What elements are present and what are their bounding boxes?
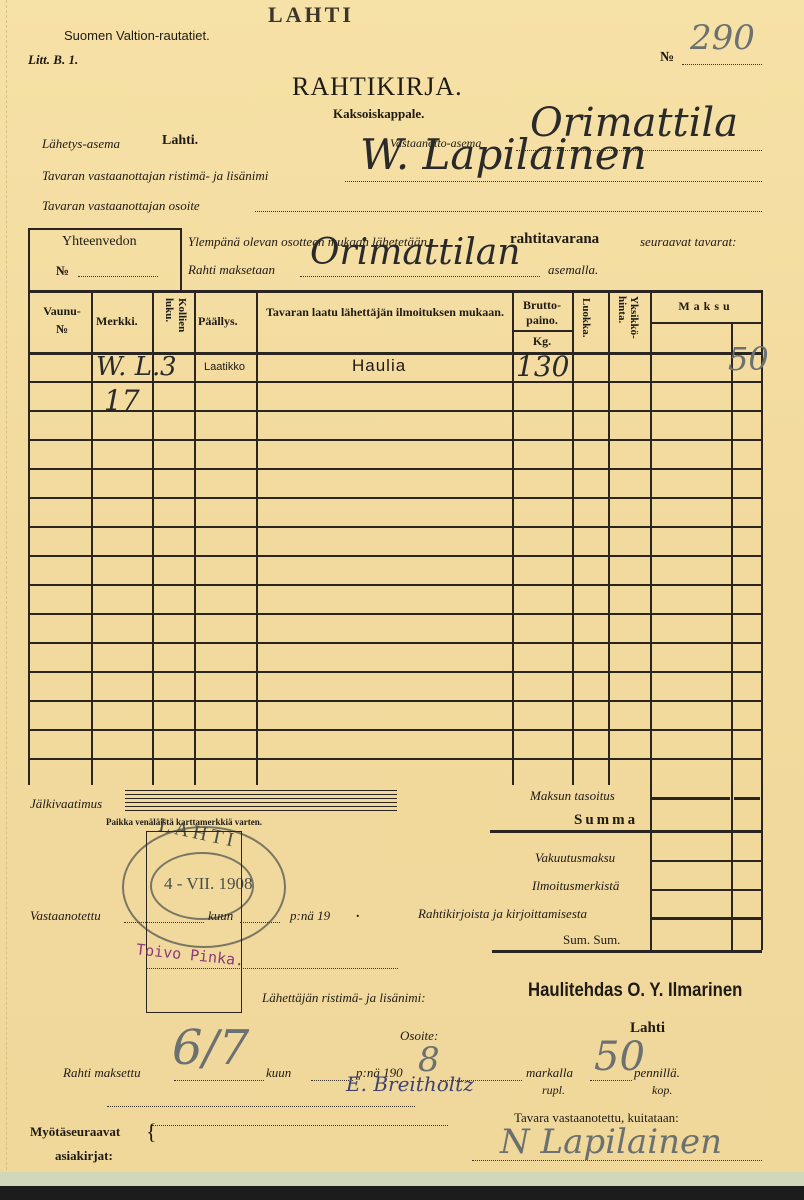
table-row-line xyxy=(28,526,762,528)
penni-line xyxy=(590,1080,632,1081)
cell-mark[interactable]: W. L. xyxy=(96,352,160,382)
freight-paid-at-label: Rahti maksetaan xyxy=(188,262,275,278)
notice-line xyxy=(652,889,761,891)
table-row-line xyxy=(28,671,762,673)
sender-name-label: Lähettäjän ristimä- ja lisänimi: xyxy=(262,990,426,1006)
recipient-address-line[interactable] xyxy=(255,211,762,212)
shipment-type: rahtitavarana xyxy=(510,231,599,248)
col-header-count: Kollien luku. xyxy=(158,298,188,350)
received-period: . xyxy=(356,906,360,922)
number-line xyxy=(682,64,762,65)
table-row-line xyxy=(28,468,762,470)
insurance-label: Vakuutusmaksu xyxy=(535,850,615,866)
cell-gross-weight[interactable]: 130 xyxy=(516,350,569,383)
cell-packaging[interactable]: Laatikko xyxy=(204,361,245,373)
col-header-packaging: Päällys. xyxy=(198,314,238,329)
cell-count[interactable]: 3 xyxy=(160,352,177,382)
scan-background xyxy=(0,1186,804,1200)
received-month-label: kuun xyxy=(208,908,233,924)
attachments-brace: { xyxy=(146,1120,157,1144)
col-line xyxy=(194,290,196,785)
col-line xyxy=(608,290,610,785)
col-header-gross-weight: Brutto- paino. xyxy=(514,298,570,328)
departure-station-value[interactable]: Lahti. xyxy=(162,133,198,149)
table-row-line xyxy=(28,642,762,644)
clerk-signature[interactable]: E. Breitholtz xyxy=(346,1072,474,1096)
paid-day-line xyxy=(174,1080,264,1081)
total-line xyxy=(492,950,762,953)
summary-number-field[interactable] xyxy=(78,276,158,277)
col-line xyxy=(28,290,30,785)
total-label: Sum. Sum. xyxy=(563,932,620,948)
form-code: Litt. B. 1. xyxy=(28,52,78,68)
waybill-page: LAHTI Suomen Valtion-rautatiet. Litt. B.… xyxy=(0,0,804,1200)
attachments-label-line2: asiakirjat: xyxy=(55,1148,113,1164)
received-year-label: p:nä 19 xyxy=(290,908,330,924)
col-line xyxy=(572,290,574,785)
payment-signature-line xyxy=(107,1106,415,1107)
penni-label: pennillä. xyxy=(634,1065,680,1081)
sender-name-value[interactable]: Haulitehdas O. Y. Ilmarinen xyxy=(528,980,742,1002)
kopek-label: kop. xyxy=(652,1083,672,1098)
received-month-line[interactable] xyxy=(240,922,280,923)
paid-day-month-value[interactable]: 6/7 xyxy=(172,1020,249,1076)
col-line xyxy=(650,290,652,950)
table-row-line xyxy=(28,584,762,586)
fee-adjust-line xyxy=(734,797,760,800)
receipt-signature-line[interactable] xyxy=(472,1160,762,1161)
issuer-name: Suomen Valtion-rautatiet. xyxy=(64,28,210,43)
clerk-line xyxy=(146,968,398,969)
top-station-stamp: LAHTI xyxy=(268,2,354,28)
col-line xyxy=(761,290,763,950)
fee-adjust-label: Maksun tasoitus xyxy=(530,788,615,804)
table-row-line xyxy=(28,729,762,731)
received-label: Vastaanotettu xyxy=(30,908,101,924)
cell-fee[interactable]: 50 xyxy=(728,340,769,378)
fee-subheader-line xyxy=(650,322,761,324)
attachments-label-line1: Myötäseuraavat xyxy=(30,1124,120,1140)
col-line xyxy=(91,290,93,785)
freight-paid-label: Rahti maksettu xyxy=(63,1065,141,1081)
summary-number-label: № xyxy=(56,263,69,279)
col-header-unit-price: Yksikkö- hinta. xyxy=(616,296,640,350)
freight-paid-at-value[interactable]: Orimattilan xyxy=(310,232,520,273)
number-label: № xyxy=(660,50,674,66)
notice-label: Ilmoitusmerkistä xyxy=(532,878,619,894)
fee-adjust-line xyxy=(652,797,730,800)
cell-description[interactable]: Haulia xyxy=(352,356,406,376)
freight-paid-at-suffix: asemalla. xyxy=(548,262,598,278)
table-row-line xyxy=(28,758,762,760)
shipment-line1-suffix: seuraavat tavarat: xyxy=(640,234,736,250)
recipient-name-line xyxy=(345,181,762,182)
page-title: RAHTIKIRJA. xyxy=(292,72,463,102)
page-subtitle: Kaksoiskappale. xyxy=(333,106,424,122)
col-header-wagon: Vaunu- № xyxy=(36,302,88,338)
sum-label: Summa xyxy=(574,812,638,829)
table-row-line xyxy=(28,497,762,499)
cod-field[interactable] xyxy=(125,790,397,812)
table-row-line xyxy=(28,613,762,615)
summary-box-title: Yhteenvedon xyxy=(62,234,137,250)
kg-subheader-line xyxy=(512,330,572,332)
markka-label: markalla xyxy=(526,1065,573,1081)
waybill-fee-line xyxy=(652,917,761,920)
table-row-line xyxy=(28,555,762,557)
departure-station-label: Lähetys-asema xyxy=(42,136,120,152)
attachments-line[interactable] xyxy=(152,1125,448,1126)
recipient-name-value[interactable]: W. Lapilainen xyxy=(360,130,647,179)
col-header-mark: Merkki. xyxy=(96,314,138,329)
table-row-line xyxy=(28,700,762,702)
col-header-fee: Maksu xyxy=(652,299,760,314)
paid-month-label: kuun xyxy=(266,1065,291,1081)
col-header-kg: Kg. xyxy=(514,334,570,349)
paper-bottom-edge xyxy=(0,1172,804,1186)
col-line xyxy=(512,290,514,785)
waybill-fee-label: Rahtikirjoista ja kirjoittamisesta xyxy=(418,906,587,922)
perforated-edge xyxy=(0,0,7,1170)
recipient-name-label: Tavaran vastaanottajan ristimä- ja lisän… xyxy=(42,168,268,184)
sum-line xyxy=(490,830,762,833)
ruble-label: rupl. xyxy=(542,1083,565,1098)
col-header-class: Luokka. xyxy=(580,298,592,350)
received-day-line[interactable] xyxy=(124,922,204,923)
col-line xyxy=(256,290,258,785)
recipient-address-label: Tavaran vastaanottajan osoite xyxy=(42,198,200,214)
waybill-number[interactable]: 290 xyxy=(690,18,755,58)
receipt-signature[interactable]: N Lapilainen xyxy=(500,1122,722,1162)
freight-paid-at-line xyxy=(300,276,540,277)
col-header-description: Tavaran laatu lähettäjän ilmoituksen muk… xyxy=(262,303,508,321)
insurance-line xyxy=(652,860,761,862)
table-row-line xyxy=(28,439,762,441)
col-line xyxy=(731,322,733,950)
cod-label: Jälkivaatimus xyxy=(30,796,102,812)
cell-mark[interactable]: 17 xyxy=(104,384,140,417)
